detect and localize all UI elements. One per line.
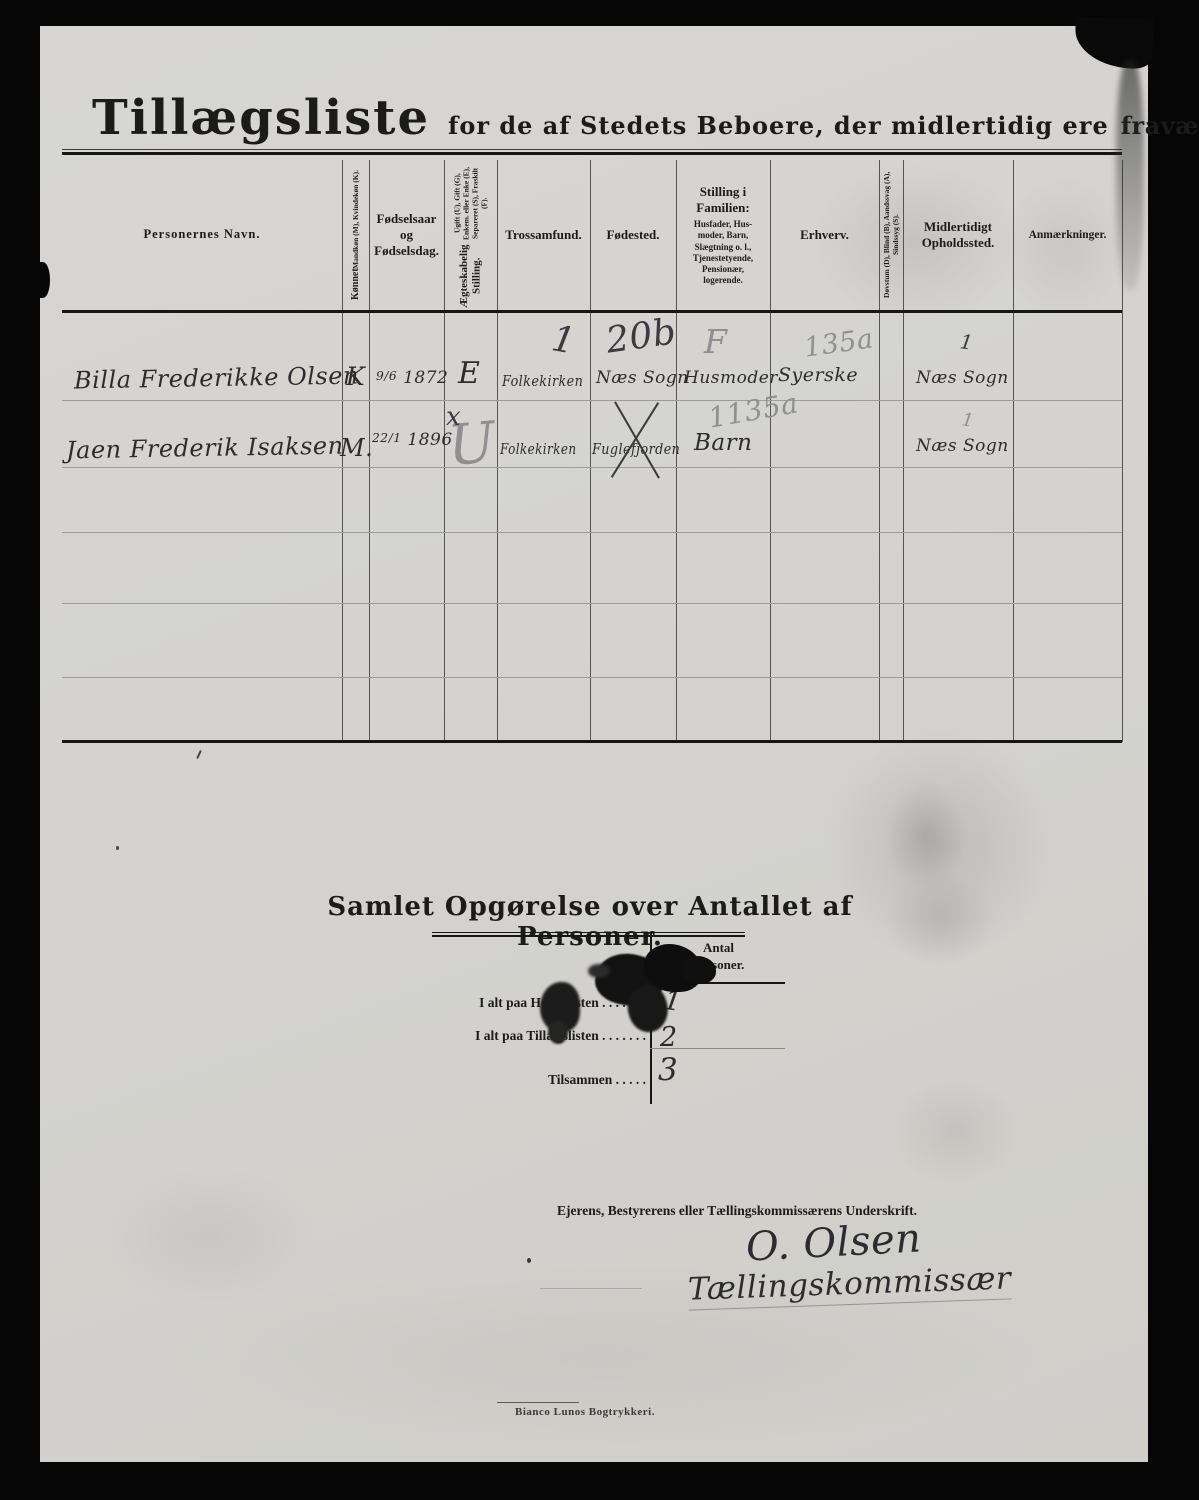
header-birthplace: Fødested. — [590, 162, 676, 308]
summary-label: Tilsammen — [548, 1072, 612, 1087]
header-family-main2: Familien: — [696, 200, 749, 216]
header-remarks-label: Anmærkninger. — [1029, 228, 1107, 242]
header-sex: Kønnet Mandkøn (M), Kvindekøn (K). — [342, 162, 369, 308]
row1-residence: Næs Sogn — [916, 368, 1009, 388]
summary-row-tilsammen: Tilsammen . . . . . — [370, 1072, 646, 1088]
row2-residence: Næs Sogn — [916, 436, 1009, 456]
row1-family: Husmoder — [684, 368, 778, 388]
table-row-line — [62, 400, 1122, 401]
header-marital-sub: Ugift (U), Gift (G), Enkem. eller Enke (… — [453, 162, 489, 244]
table-row-line — [62, 532, 1122, 533]
stain — [100, 1166, 320, 1306]
row1-birthdate: 9/6 1872 — [376, 368, 448, 388]
header-birth-l2: og — [400, 227, 413, 243]
header-residence-l2: Opholdssted. — [922, 235, 995, 251]
imprint-text: Bianco Lunos Bogtrykkeri. — [425, 1406, 745, 1418]
signature-label: Ejerens, Bestyrerens eller Tællingskommi… — [437, 1203, 1037, 1219]
scan-background: Tillægsliste for de af Stedets Beboere, … — [0, 0, 1199, 1500]
header-occupation-label: Erhverv. — [800, 227, 849, 243]
imprint-rule — [497, 1402, 579, 1403]
header-disability: Døvstum (D), Blind (B), Aands­svag (A), … — [879, 162, 903, 308]
pen-dot — [527, 1258, 531, 1263]
dot-leader: . . . . . — [612, 1072, 646, 1087]
header-birth-l1: Fødselsaar — [377, 211, 437, 227]
header-birthplace-label: Fødested. — [606, 227, 659, 243]
annotation-family-mark: F — [704, 322, 727, 361]
row2-birthdate: 22/1 1896 — [372, 430, 453, 450]
signature-faint-line — [540, 1288, 642, 1289]
row2-name: Jaen Frederik Isaksen — [66, 432, 344, 465]
annotation-between-rows-mark: 1135a — [706, 386, 801, 434]
row1-birthplace: Næs Sogn — [596, 368, 689, 388]
row2-sex: M. — [340, 434, 373, 462]
stray-mark — [196, 750, 202, 759]
summary-label: I alt paa Hovedlisten — [479, 995, 599, 1010]
row2-family: Barn — [694, 430, 752, 456]
header-faith-label: Trossamfund. — [505, 227, 581, 243]
annotation-birthplace-mark: 20b — [603, 311, 678, 361]
table-row-line — [62, 603, 1122, 604]
summary-heading: Samlet Opgørelse over Antallet af Person… — [290, 892, 890, 952]
stain — [885, 871, 995, 966]
ink-blot — [548, 1020, 568, 1044]
row2-birth-frac: 22/1 — [372, 431, 401, 445]
header-remarks: Anmærkninger. — [1013, 162, 1122, 308]
header-bottom-rule — [62, 310, 1122, 313]
header-residence: Midlertidigt Opholdssted. — [903, 162, 1013, 308]
title-rule-thick — [62, 152, 1122, 155]
header-name: Personernes Navn. — [62, 162, 342, 308]
signature-role: Tællingskommissær — [687, 1260, 1011, 1310]
dot-leader: . . . . . . . — [599, 1028, 646, 1043]
annotation-faith-mark: 1 — [549, 318, 579, 362]
header-family-main1: Stilling i — [700, 184, 747, 200]
annotation-occupation-mark: 135a — [802, 323, 875, 363]
header-residence-l1: Midlertidigt — [924, 219, 992, 235]
row1-birth-frac: 9/6 — [376, 369, 397, 383]
header-disability-label: Døvstum (D), Blind (B), Aands­svag (A), … — [882, 165, 900, 305]
form-title-line: Tillægsliste for de af Stedets Beboere, … — [92, 90, 1102, 146]
stain — [885, 781, 965, 891]
summary-label: I alt paa Tillægslisten — [475, 1028, 599, 1043]
header-family: Stilling i Familien: Husfader, Hus­moder… — [676, 162, 770, 308]
header-name-label: Personernes Navn. — [144, 227, 261, 243]
form-subtitle: for de af Stedets Beboere, der midlertid… — [448, 111, 1109, 140]
row1-name: Billa Frederikke Olsen — [74, 362, 359, 395]
stray-mark — [116, 846, 119, 850]
header-birth: Fødselsaar og Fødselsdag. — [369, 162, 444, 308]
row1-faith: Folkekirken — [502, 372, 583, 390]
row1-sex: K — [346, 362, 365, 391]
title-rule-thin — [62, 149, 1122, 150]
annotation-birthdate-cross: x — [446, 402, 461, 432]
summary-sum-rule — [650, 1048, 785, 1049]
header-sex-sub: Mandkøn (M), Kvindekøn (K). — [351, 170, 360, 269]
header-faith: Trossamfund. — [497, 162, 590, 308]
signature-name: O. Olsen — [745, 1215, 923, 1270]
row2-birth-year: 1896 — [407, 430, 452, 450]
row1-marital: E — [458, 356, 480, 391]
header-occupation: Erhverv. — [770, 162, 879, 308]
header-marital: Ægteskabelig Stilling. Ugift (U), Gift (… — [444, 162, 497, 308]
form-title: Tillægsliste — [92, 90, 430, 146]
summary-value-tilsammen: 3 — [658, 1052, 678, 1088]
header-marital-main: Ægteskabelig Stilling. — [458, 244, 483, 308]
header-birth-l3: Fødselsdag. — [374, 243, 439, 259]
table-row-line — [62, 467, 1122, 468]
header-family-sub: Husfader, Hus­moder, Barn, Slægtning o. … — [683, 219, 763, 287]
row2-faith: Folkekirken — [500, 440, 576, 458]
summary-top-rule-thin — [432, 932, 745, 933]
summary-row-tillaegsliste: I alt paa Tillægslisten . . . . . . . — [370, 1028, 646, 1044]
birthplace-strikeout-cross — [596, 402, 676, 472]
edge-notch — [36, 262, 50, 298]
annotation-residence-mark-row2: 1 — [961, 409, 976, 431]
edge-smudge — [1116, 60, 1144, 290]
header-sex-main: Kønnet — [350, 269, 362, 301]
table-row-line — [62, 677, 1122, 678]
summary-top-rule-thick — [432, 935, 745, 937]
row1-birth-year: 1872 — [403, 368, 448, 388]
row1-occupation: Syerske — [778, 364, 858, 386]
census-form-page: Tillægsliste for de af Stedets Beboere, … — [40, 26, 1148, 1462]
annotation-residence-mark-row1: 1 — [958, 329, 974, 355]
ink-blot — [588, 964, 610, 978]
table-bottom-rule — [62, 740, 1122, 743]
stain — [890, 1076, 1020, 1186]
